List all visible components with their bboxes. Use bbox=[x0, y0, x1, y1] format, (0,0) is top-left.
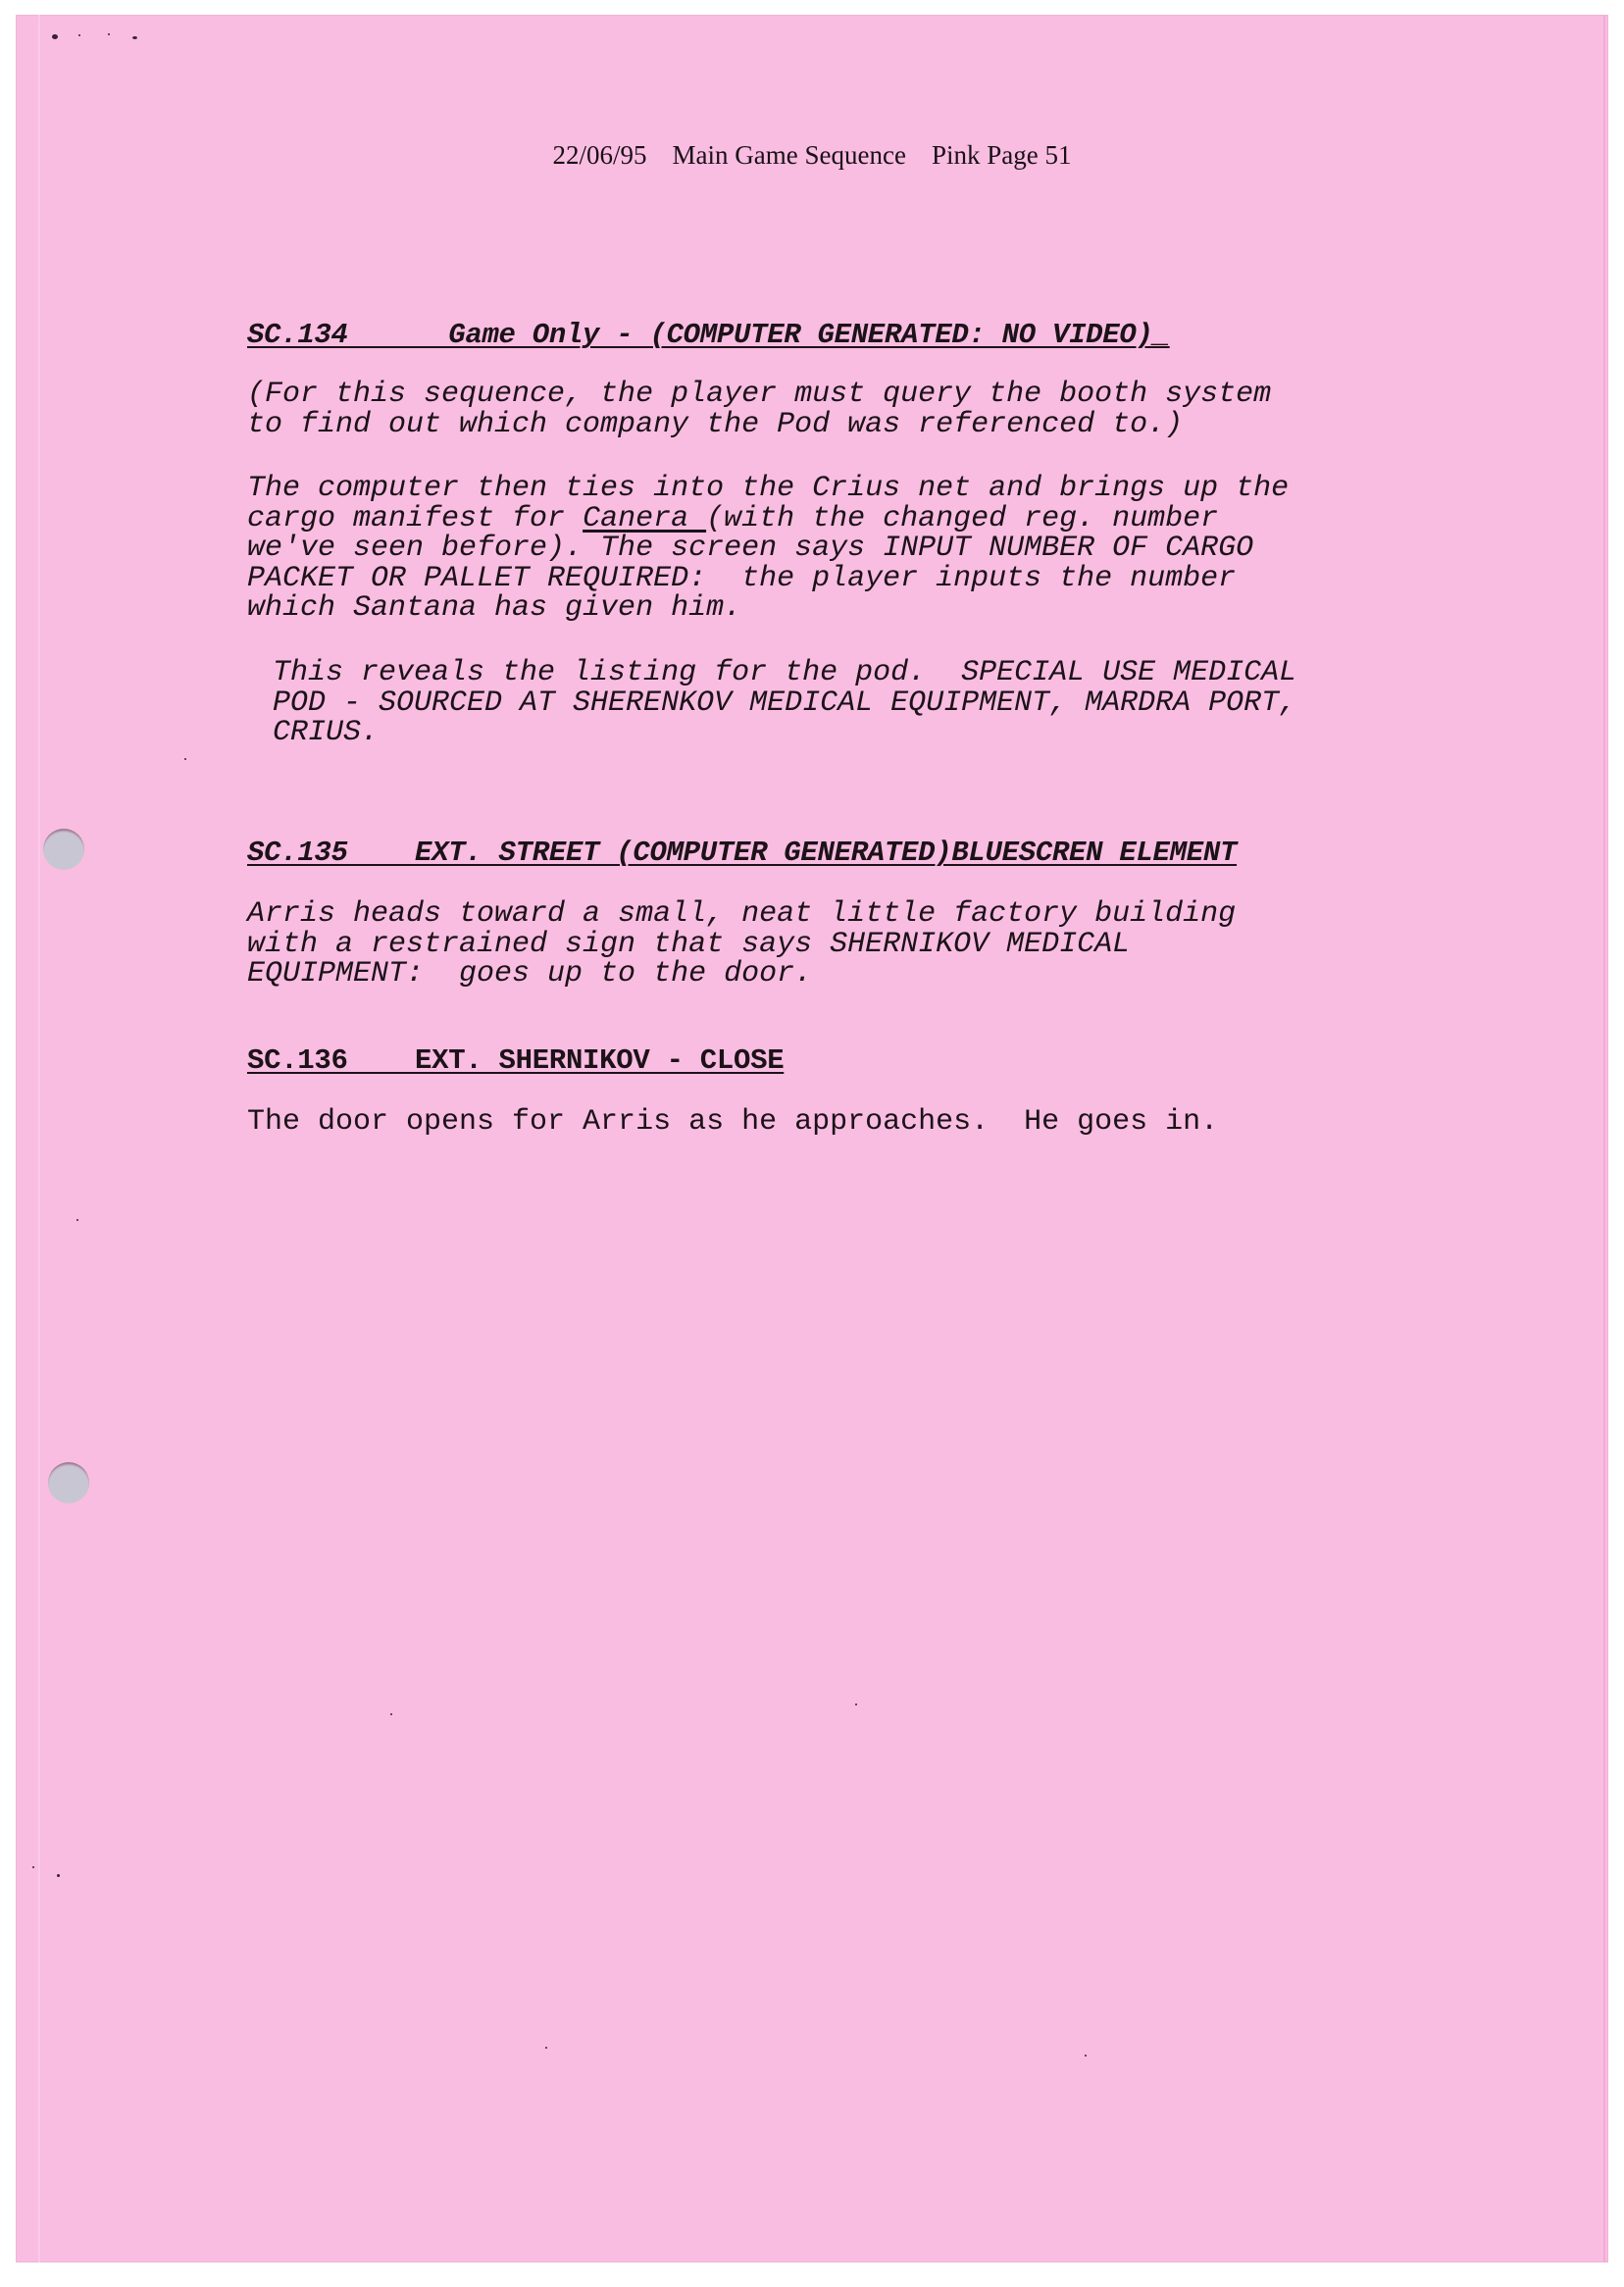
scene-heading-134: SC.134 Game Only - (COMPUTER GENERATED: … bbox=[247, 321, 1170, 351]
scan-speck bbox=[108, 33, 110, 35]
running-header: 22/06/95Main Game SequencePink Page 51 bbox=[16, 140, 1608, 171]
paper-edge-line bbox=[1603, 15, 1605, 2262]
scan-speck bbox=[132, 36, 137, 39]
scan-speck bbox=[57, 1874, 60, 1877]
header-page-label: Pink Page 51 bbox=[932, 140, 1072, 170]
scene-134-paragraph-1: (For this sequence, the player must quer… bbox=[247, 380, 1271, 439]
scene-heading-135: SC.135 EXT. STREET (COMPUTER GENERATED)B… bbox=[247, 839, 1237, 869]
scan-speck bbox=[32, 1866, 34, 1868]
ship-name-underlined: Canera bbox=[583, 502, 706, 535]
document-page: 22/06/95Main Game SequencePink Page 51 S… bbox=[16, 15, 1608, 2262]
paper-fold-line bbox=[38, 15, 40, 2262]
header-date: 22/06/95 bbox=[553, 140, 647, 170]
scene-134-paragraph-2: The computer then ties into the Crius ne… bbox=[247, 474, 1289, 624]
scene-heading-136: SC.136 EXT. SHERNIKOV - CLOSE bbox=[247, 1046, 784, 1077]
scan-speck bbox=[545, 2047, 547, 2049]
scan-speck bbox=[184, 758, 186, 760]
scan-speck bbox=[76, 1219, 78, 1221]
header-section: Main Game Sequence bbox=[673, 140, 906, 170]
scan-speck bbox=[855, 1703, 857, 1705]
scan-speck bbox=[78, 34, 80, 36]
scene-135-paragraph-1: Arris heads toward a small, neat little … bbox=[247, 899, 1236, 990]
scan-speck bbox=[52, 34, 58, 39]
scene-134-paragraph-3: This reveals the listing for the pod. SP… bbox=[273, 658, 1296, 748]
punch-hole-icon bbox=[43, 829, 84, 870]
scene-136-paragraph-1: The door opens for Arris as he approache… bbox=[247, 1107, 1218, 1138]
scan-speck bbox=[1085, 2055, 1087, 2057]
scan-speck bbox=[390, 1713, 392, 1715]
punch-hole-icon bbox=[48, 1462, 89, 1503]
